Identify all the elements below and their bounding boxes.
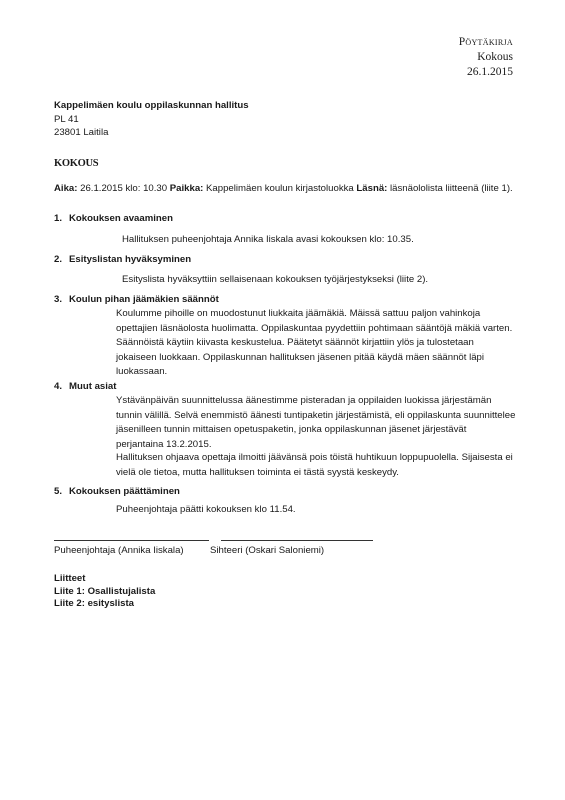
section-heading: 2.Esityslistan hyväksyminen	[54, 254, 191, 265]
signature-line-secretary	[221, 540, 373, 541]
attachments-block: Liitteet Liite 1: Osallistujalista Liite…	[54, 573, 155, 611]
time-label: Aika:	[54, 183, 77, 194]
section-title: Kokouksen päättäminen	[69, 486, 180, 497]
section-paragraph: Ystävänpäivän suunnittelussa äänestimme …	[116, 394, 516, 452]
document-date: 26.1.2015	[459, 65, 513, 80]
address-line-1: PL 41	[54, 113, 249, 127]
section-number: 4.	[54, 381, 69, 392]
section-number: 5.	[54, 486, 69, 497]
section-heading: 5.Kokouksen päättäminen	[54, 486, 180, 497]
section-paragraph: Hallituksen ohjaava opettaja ilmoitti jä…	[116, 451, 526, 480]
document-header: Pöytäkirja Kokous 26.1.2015	[459, 35, 513, 80]
organization-block: Kappelimäen koulu oppilaskunnan hallitus…	[54, 99, 249, 140]
section-heading: 4.Muut asiat	[54, 381, 116, 392]
section-paragraph: Puheenjohtaja päätti kokouksen klo 11.54…	[116, 504, 296, 515]
section-number: 3.	[54, 294, 69, 305]
present-value: läsnäololista liitteenä (liite 1).	[387, 183, 512, 194]
section-paragraph: Esityslista hyväksyttiin sellaisenaan ko…	[122, 274, 428, 285]
signature-line-chair	[54, 540, 209, 541]
place-value: Kappelimäen koulun kirjastoluokka	[203, 183, 356, 194]
address-line-2: 23801 Laitila	[54, 126, 249, 140]
section-paragraph: Hallituksen puheenjohtaja Annika Iiskala…	[122, 234, 414, 245]
section-title: Kokouksen avaaminen	[69, 213, 173, 224]
section-number: 2.	[54, 254, 69, 265]
signature-label-secretary: Sihteeri (Oskari Saloniemi)	[210, 545, 324, 556]
section-title: Esityslistan hyväksyminen	[69, 254, 191, 265]
document-subtitle: Kokous	[459, 50, 513, 65]
section-number: 1.	[54, 213, 69, 224]
section-paragraph: Koulumme pihoille on muodostunut liukkai…	[116, 307, 516, 380]
section-title: Muut asiat	[69, 381, 116, 392]
section-heading: 3.Koulun pihan jäämäkien säännöt	[54, 294, 219, 305]
attachments-heading: Liitteet	[54, 573, 155, 586]
present-label: Läsnä:	[356, 183, 387, 194]
attachment-item: Liite 1: Osallistujalista	[54, 586, 155, 599]
document-type: Pöytäkirja	[459, 35, 513, 50]
section-title: Koulun pihan jäämäkien säännöt	[69, 294, 219, 305]
meeting-meta: Aika: 26.1.2015 klo: 10.30 Paikka: Kappe…	[54, 183, 513, 194]
signature-label-chair: Puheenjohtaja (Annika Iiskala)	[54, 545, 184, 556]
organization-name: Kappelimäen koulu oppilaskunnan hallitus	[54, 99, 249, 113]
section-heading: 1.Kokouksen avaaminen	[54, 213, 173, 224]
time-value: 26.1.2015 klo: 10.30	[77, 183, 169, 194]
attachment-item: Liite 2: esityslista	[54, 598, 155, 611]
page-title: KOKOUS	[54, 158, 98, 169]
place-label: Paikka:	[170, 183, 204, 194]
